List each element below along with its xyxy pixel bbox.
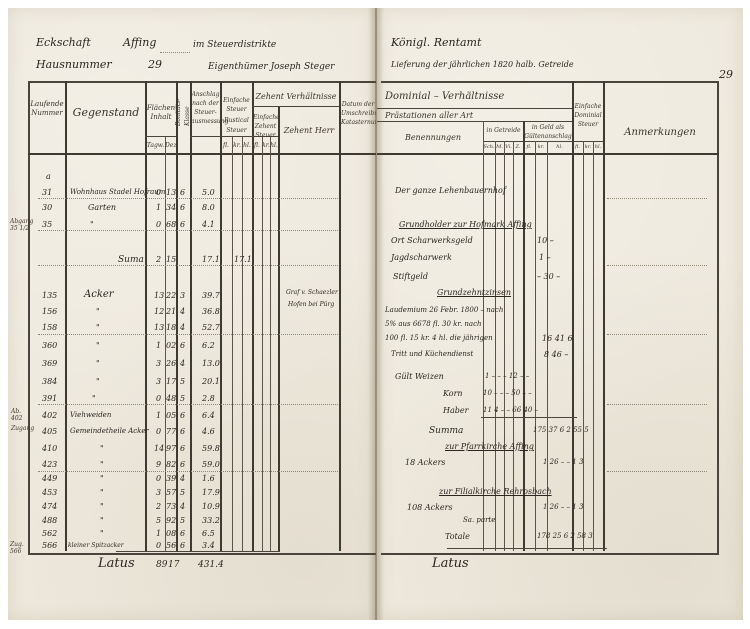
row-tagw: 0 xyxy=(156,220,161,229)
guide-dots xyxy=(38,265,338,266)
row-bon: 6 xyxy=(180,427,185,436)
row-dez: 21 xyxy=(166,307,176,316)
row-bon: 5 xyxy=(180,516,185,525)
row-bon: 5 xyxy=(180,377,185,386)
row-dez: 05 xyxy=(166,411,176,420)
col-header-dominial: Dominial – Verhältnisse xyxy=(385,92,570,101)
col-rule xyxy=(583,141,584,551)
row-anschlag: 2.8 xyxy=(202,394,215,403)
row-tagw: 1 xyxy=(156,341,161,350)
row-bon: 4 xyxy=(180,307,185,316)
col-rule xyxy=(603,81,605,551)
entry-values: 10 – – – 50 – – xyxy=(483,389,532,397)
entry-values: 10 – xyxy=(537,236,554,245)
row-dez: 02 xyxy=(166,341,176,350)
row-gegenstand: Garten xyxy=(88,203,116,212)
row-tagw: 12 xyxy=(154,307,164,316)
guide-dots xyxy=(38,471,338,472)
row-gegenstand: " xyxy=(100,529,104,538)
row-bon: 6 xyxy=(180,203,185,212)
col-sub-dezimal: Dez. xyxy=(165,141,176,150)
row-nr: 449 xyxy=(42,474,57,483)
row-anschlag: 6.2 xyxy=(202,341,215,350)
entry-text: Korn xyxy=(443,389,463,398)
row-tagw: 13 xyxy=(154,323,164,332)
row-anschlag: 8.0 xyxy=(202,203,215,212)
row-anschlag: 13.0 xyxy=(202,359,220,368)
dotted-leader xyxy=(160,52,190,53)
header-line1-extra: im Steuerdistrikte xyxy=(193,40,276,50)
margin-note: Zug. 566 xyxy=(10,541,28,555)
latus-tagw: 89 xyxy=(156,560,167,570)
row-dez: 26 xyxy=(166,359,176,368)
col-header-rustical: Rustical xyxy=(221,116,252,125)
guide-dots xyxy=(38,404,338,405)
col-sub-viertel: Vi. xyxy=(504,143,513,152)
row-nr: 453 xyxy=(42,488,57,497)
row-gegenstand: " xyxy=(96,377,100,386)
row-bon: 6 xyxy=(180,411,185,420)
row-dez: 73 xyxy=(166,502,176,511)
col-header-zehent-einfache: Einfache Zehent Steuer xyxy=(253,113,278,140)
row-dez: 13 xyxy=(166,188,176,197)
col-header-rustical-sub: Steuer xyxy=(221,126,252,135)
row-anschlag: 17.1 xyxy=(202,255,220,264)
entry-values: 1 – – – 12 – – xyxy=(485,372,529,380)
row-gegenstand: " xyxy=(90,220,94,229)
entry-values: 178 25 6 2 58 3 xyxy=(537,532,593,540)
row-dez: 77 xyxy=(166,427,176,436)
sub-rule xyxy=(252,106,339,107)
row-gegenstand: " xyxy=(96,307,100,316)
row-nr: 31 xyxy=(42,188,52,197)
col-rule xyxy=(176,81,178,551)
row-anschlag: 4.1 xyxy=(202,220,215,229)
guide-dots xyxy=(38,334,338,335)
margin-note: Abgang 35 1/2 xyxy=(10,218,30,232)
left-page: Eckschaft Affing im Steuerdistrikte Haus… xyxy=(8,8,376,620)
row-dez: 57 xyxy=(166,488,176,497)
row-bon: 4 xyxy=(180,474,185,483)
col-header-zehent: Zehent Verhältnisse xyxy=(254,92,338,101)
row-dez: 48 xyxy=(166,394,176,403)
row-nr: 488 xyxy=(42,516,57,525)
col-header-laufende-nummer: Laufende Nummer xyxy=(30,100,64,118)
row-anschlag: 39.7 xyxy=(202,291,220,300)
row-dez: 08 xyxy=(166,529,176,538)
col-header-anmerkungen: Anmerkungen xyxy=(605,128,715,137)
row-bon: 4 xyxy=(180,502,185,511)
row-tagw: 9 xyxy=(156,460,161,469)
row-dez: 34 xyxy=(166,203,176,212)
col-header-bonitaet: Bonitäts-Klasse xyxy=(174,108,192,126)
latus-label: Latus xyxy=(98,556,135,571)
right-page: Königl. Rentamt Lieferung der jährlichen… xyxy=(376,8,743,620)
col-header-zehent-herr: Zehent Herr xyxy=(280,126,338,135)
row-tagw: 13 xyxy=(154,291,164,300)
latus-label: Latus xyxy=(432,556,469,571)
row-gegenstand: " xyxy=(100,502,104,511)
row-bon: 6 xyxy=(180,529,185,538)
entry-values: 1 26 – – 1 3 xyxy=(543,458,583,466)
row-nr: 30 xyxy=(42,203,52,212)
row-anschlag: 59.0 xyxy=(202,460,220,469)
row-summa-label: Suma xyxy=(118,255,144,265)
row-anschlag: 52.7 xyxy=(202,323,220,332)
row-bon: 6 xyxy=(180,220,185,229)
sub-rule xyxy=(377,108,572,109)
row-zehent-herr: Graf v. Schaezler xyxy=(286,289,338,296)
row-tagw: 0 xyxy=(156,427,161,436)
guide-dots xyxy=(38,198,338,199)
latus-dez: 17 xyxy=(168,560,179,570)
row-nr: 402 xyxy=(42,411,57,420)
header-line2-value: 29 xyxy=(148,58,162,71)
row-anschlag: 17.9 xyxy=(202,488,220,497)
col-header-in-geld: in Geld als Gültenanschlag xyxy=(524,123,572,141)
header-line2-extra: Eigenthümer Joseph Steger xyxy=(208,62,334,72)
col-rule xyxy=(65,81,67,551)
entry-values: – 30 – xyxy=(537,272,560,281)
row-anschlag: 59.8 xyxy=(202,444,220,453)
row-nr: 35 xyxy=(42,220,52,229)
row-nr: 156 xyxy=(42,307,57,316)
row-anschlag: 6.4 xyxy=(202,411,215,420)
row-zehent-herr: Hofen bei Pürg xyxy=(288,301,334,308)
row-gegenstand: " xyxy=(96,341,100,350)
row-dez: 68 xyxy=(166,220,176,229)
entry-text: Haber xyxy=(443,406,468,415)
col-rule xyxy=(190,81,192,551)
totale-rule xyxy=(447,548,607,549)
row-bon: 6 xyxy=(180,460,185,469)
header-line1: Königl. Rentamt xyxy=(391,36,481,49)
header-line1-label: Eckschaft xyxy=(36,36,91,49)
row-anschlag: 1.6 xyxy=(202,474,215,483)
row-tagw: 2 xyxy=(156,255,161,264)
guide-dots xyxy=(607,265,707,266)
entry-values: 16 41 6 xyxy=(542,334,573,343)
col-sub-fl: fl. xyxy=(252,141,262,150)
entry-heading: Grundzehntzinsen xyxy=(437,288,511,297)
row-dez: 92 xyxy=(166,516,176,525)
entry-totale: Totale xyxy=(445,532,470,541)
col-rule xyxy=(339,81,341,551)
col-sub-fl: fl. xyxy=(572,143,583,152)
row-tagw: 1 xyxy=(156,529,161,538)
row-anschlag: 3.4 xyxy=(202,541,215,550)
row-dez: 15 xyxy=(166,255,176,264)
sub-rule xyxy=(377,121,572,122)
row-gegenstand: Viehweiden xyxy=(70,411,111,419)
row-gegenstand: " xyxy=(100,460,104,469)
row-nr: 391 xyxy=(42,394,57,403)
row-tagw: 0 xyxy=(156,188,161,197)
col-header-benennungen: Benennungen xyxy=(385,133,481,142)
margin-note: Zugang xyxy=(11,425,29,432)
guide-dots xyxy=(38,230,338,231)
row-bon: 6 xyxy=(180,541,185,550)
row-tagw: 1 xyxy=(156,411,161,420)
row-gegenstand: " xyxy=(96,323,100,332)
guide-dots xyxy=(607,198,707,199)
row-anschlag: 33.2 xyxy=(202,516,220,525)
row-bon: 5 xyxy=(180,394,185,403)
row-tagw: 3 xyxy=(156,377,161,386)
col-sub-kr: kr. xyxy=(262,141,270,150)
row-gegenstand: kleiner Spitzacker xyxy=(68,542,124,549)
row-nr: 158 xyxy=(42,323,57,332)
row-tagw: 0 xyxy=(156,394,161,403)
entry-values: 8 46 – xyxy=(544,350,568,359)
row-gegenstand: " xyxy=(100,488,104,497)
row-nr: 384 xyxy=(42,377,57,386)
sum-rule xyxy=(481,417,577,418)
col-sub-kr: kr. xyxy=(232,141,242,150)
col-sub-fl: fl. xyxy=(220,141,232,150)
row-steuer: 17.1 xyxy=(234,255,252,264)
row-nr: 135 xyxy=(42,291,57,300)
row-tagw: 3 xyxy=(156,488,161,497)
row-nr: 369 xyxy=(42,359,57,368)
col-header-gegenstand: Gegenstand xyxy=(68,108,144,117)
entry-values: 1 26 – – 1 3 xyxy=(543,503,583,511)
row-gegenstand: Acker xyxy=(84,289,114,300)
row-nr: 566 xyxy=(42,541,57,550)
sub-rule xyxy=(572,141,603,142)
guide-dots xyxy=(607,334,707,335)
row-bon: 5 xyxy=(180,488,185,497)
col-sub-schaeffel: Sch. xyxy=(483,143,495,152)
header-divider xyxy=(28,153,378,155)
row-dez: 82 xyxy=(166,460,176,469)
col-rule xyxy=(252,81,254,551)
latus-rule xyxy=(116,551,280,552)
col-header-in-getreide: in Getreide xyxy=(484,126,523,135)
col-rule xyxy=(220,81,222,551)
col-sub-metzen: M. xyxy=(495,143,504,152)
row-anschlag: 5.0 xyxy=(202,188,215,197)
col-sub-kr: kr. xyxy=(583,143,593,152)
col-sub-zehntel: Z. xyxy=(513,143,523,152)
row-anschlag: 36.8 xyxy=(202,307,220,316)
col-sub-hl: hl. xyxy=(242,141,252,150)
entry-text: Sa. parte xyxy=(463,516,495,524)
entry-text: Gült Weizen xyxy=(395,372,444,381)
header-line1-value: Affing xyxy=(123,36,156,49)
col-rule xyxy=(145,81,147,551)
row-anschlag: 6.5 xyxy=(202,529,215,538)
header-divider xyxy=(377,153,719,155)
row-dez: 39 xyxy=(166,474,176,483)
row-anschlag: 10.9 xyxy=(202,502,220,511)
entry-heading: zur Pfarrkirche Affing xyxy=(445,442,534,451)
row-bon: 6 xyxy=(180,341,185,350)
row-tagw: 1 xyxy=(156,203,161,212)
sub-rule xyxy=(145,136,176,137)
guide-dots xyxy=(607,404,707,405)
latus-anschlag: 431.4 xyxy=(198,560,224,570)
margin-note: Ab. 402 xyxy=(11,408,29,422)
row-bon: 4 xyxy=(180,323,185,332)
entry-text: Jagdscharwerk xyxy=(391,253,452,262)
row-gegenstand: " xyxy=(100,444,104,453)
col-header-einfache-steuer: Einfache Steuer xyxy=(221,96,252,114)
row-tagw: 2 xyxy=(156,502,161,511)
col-rule xyxy=(278,106,280,551)
entry-text: 100 fl. 15 kr. 4 hl. die jährigen xyxy=(385,334,493,342)
row-dez: 97 xyxy=(166,444,176,453)
col-sub-hl: hl. xyxy=(593,143,603,152)
row-nr: 360 xyxy=(42,341,57,350)
row-tagw: 0 xyxy=(156,541,161,550)
entry-text: Tritt und Küchendienst xyxy=(391,350,473,358)
entry-text: Der ganze Lehenbauernhof xyxy=(395,186,506,195)
row-nr: 423 xyxy=(42,460,57,469)
row-dez: 22 xyxy=(166,291,176,300)
row-nr: a xyxy=(46,172,51,181)
row-bon: 6 xyxy=(180,444,185,453)
entry-values: 11 4 – – 66 40 – xyxy=(483,406,538,414)
row-bon: 3 xyxy=(180,291,185,300)
row-gegenstand: " xyxy=(96,359,100,368)
row-anschlag: 4.6 xyxy=(202,427,215,436)
entry-text: Ort Scharwerksgeld xyxy=(391,236,473,245)
row-nr: 562 xyxy=(42,529,57,538)
entry-text: Stiftgeld xyxy=(393,272,428,281)
entry-summa: Summa xyxy=(429,426,463,436)
entry-text: 108 Ackers xyxy=(407,503,453,512)
row-dez: 17 xyxy=(166,377,176,386)
row-gegenstand: Gemeindetheile Acker xyxy=(70,427,149,435)
row-dez: 18 xyxy=(166,323,176,332)
col-header-einfache-dominial: Einfache Dominial Steuer xyxy=(573,102,603,129)
row-nr: 405 xyxy=(42,427,57,436)
row-tagw: 14 xyxy=(154,444,164,453)
row-gegenstand: " xyxy=(100,516,104,525)
entry-text: 5% aus 6678 fl. 30 kr. nach xyxy=(385,320,482,328)
row-nr: 410 xyxy=(42,444,57,453)
row-gegenstand: " xyxy=(92,394,96,403)
row-gegenstand: " xyxy=(100,474,104,483)
book-gutter xyxy=(368,8,384,620)
entry-values: 1 – xyxy=(539,253,551,262)
col-header-flaechen-inhalt: Flächen Inhalt xyxy=(146,104,176,122)
col-sub-tagwerk: Tagw. xyxy=(146,141,165,150)
open-ledger-book: Eckschaft Affing im Steuerdistrikte Haus… xyxy=(8,8,742,620)
row-nr: 474 xyxy=(42,502,57,511)
entry-values: 175 37 6 2 55 5 xyxy=(533,426,589,434)
header-line2: Lieferung der jährlichen 1820 halb. Getr… xyxy=(391,60,574,69)
col-rule xyxy=(593,141,594,551)
entry-heading: Grundholder zur Hofmark Affing xyxy=(399,220,532,229)
col-sub-hl: hl. xyxy=(270,141,278,150)
entry-text: Laudemium 26 Febr. 1800 – nach xyxy=(385,306,503,314)
row-tagw: 3 xyxy=(156,359,161,368)
col-sub-fl: fl. xyxy=(523,143,535,152)
row-bon: 6 xyxy=(180,188,185,197)
row-dez: 56 xyxy=(166,541,176,550)
row-bon: 4 xyxy=(180,359,185,368)
row-tagw: 5 xyxy=(156,516,161,525)
col-header-anschlag: Anschlag nach der Steuer-ausmessung xyxy=(191,90,220,126)
entry-text: 18 Ackers xyxy=(405,458,446,467)
page-number: 29 xyxy=(719,68,733,81)
col-sub-kr: kr. xyxy=(535,143,547,152)
col-sub-hl: hl. xyxy=(547,143,572,152)
entry-heading: zur Filialkirche Rehrosbach xyxy=(439,487,552,496)
col-header-praestationen: Prästationen aller Art xyxy=(385,111,570,120)
row-tagw: 0 xyxy=(156,474,161,483)
guide-dots xyxy=(607,471,707,472)
row-gegenstand: Wohnhaus Stadel Hofraum xyxy=(70,188,165,196)
header-line2-label: Hausnummer xyxy=(36,58,112,71)
row-anschlag: 20.1 xyxy=(202,377,220,386)
